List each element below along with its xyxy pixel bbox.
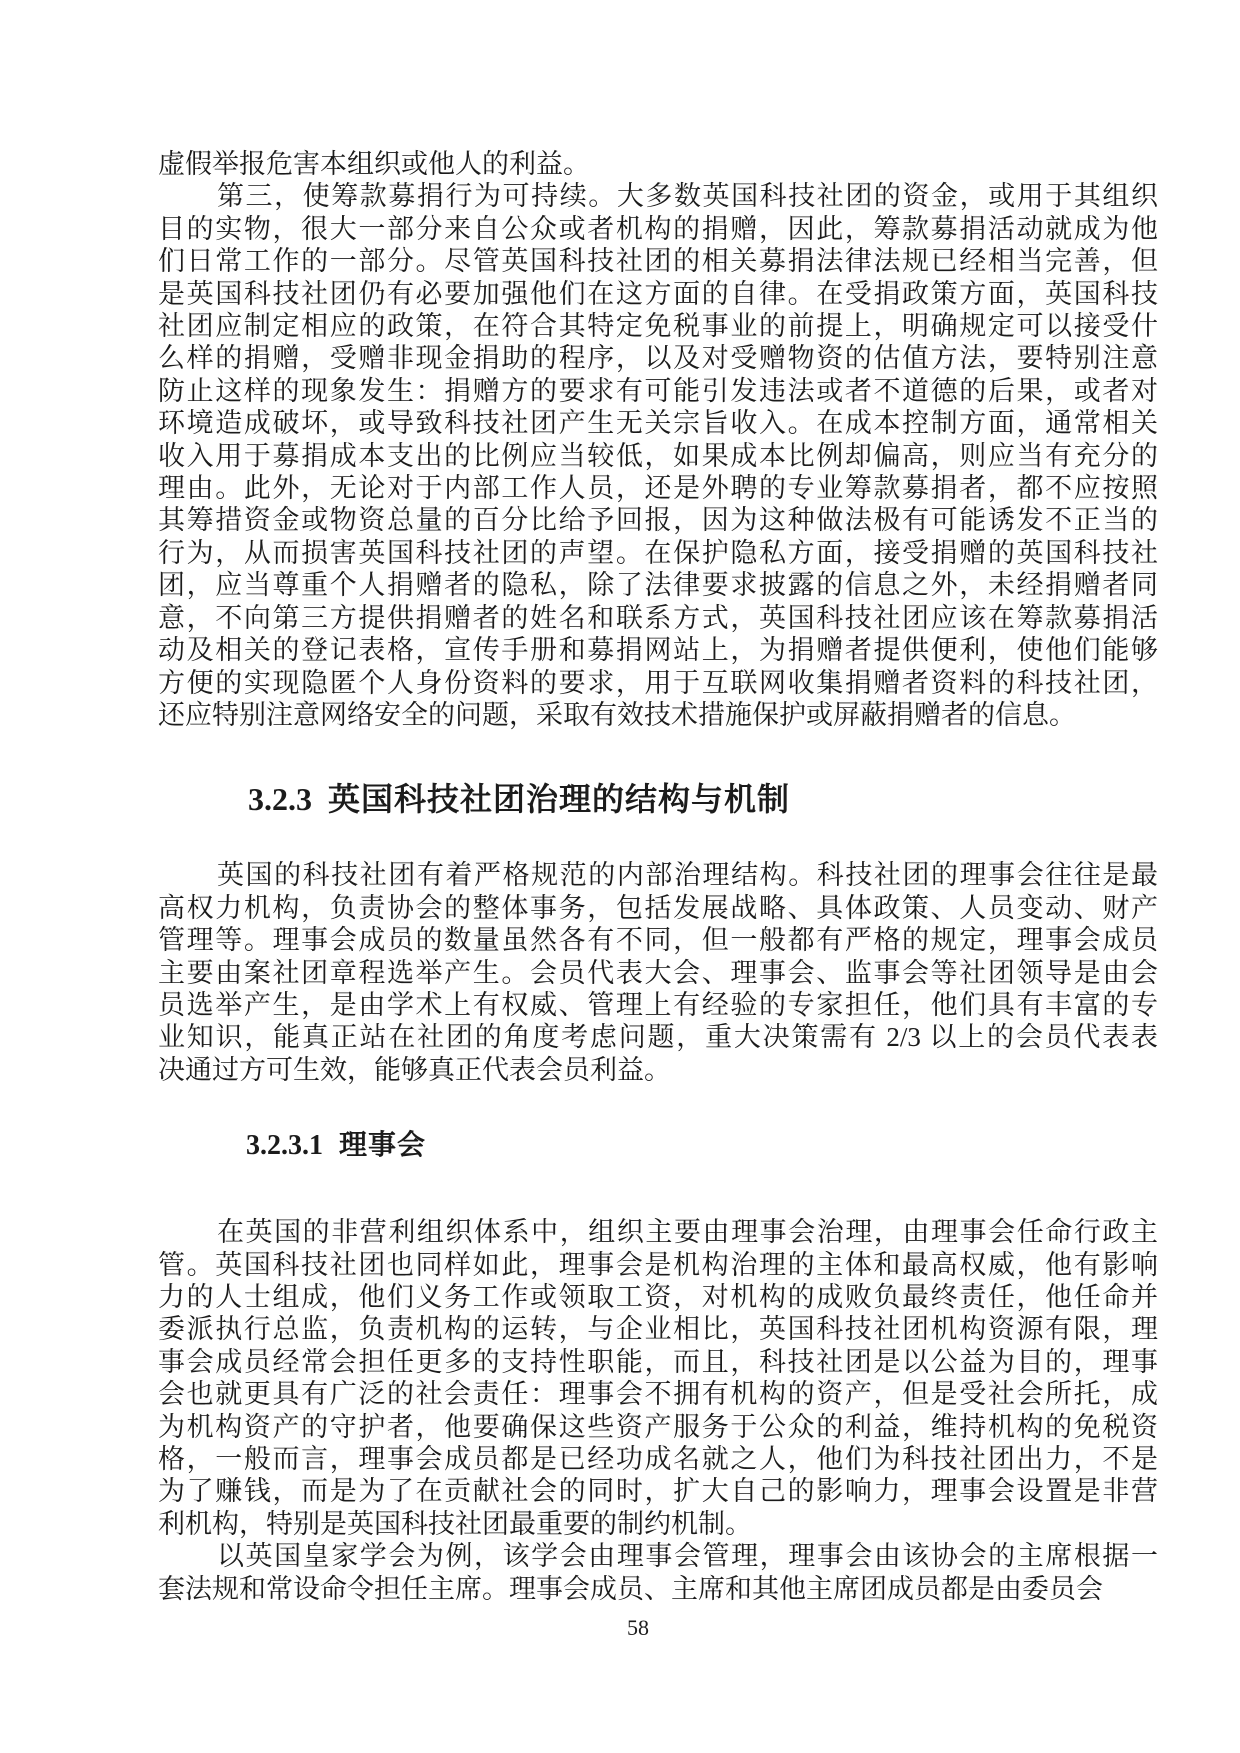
text-line: 英国的科技社团有着严格规范的内部治理结构。科技社团的理事会往往是最: [158, 859, 1158, 891]
paragraph: 在英国的非营利组织体系中，组织主要由理事会治理，由理事会任命行政主管。英国科技社…: [158, 1216, 1158, 1540]
paragraph: 第三，使筹款募捐行为可持续。大多数英国科技社团的资金，或用于其组织目的实物，很大…: [158, 180, 1158, 731]
section-heading: 3.2.3英国科技社团治理的结构与机制: [248, 779, 1158, 819]
text-line: 方便的实现隐匿个人身份资料的要求，用于互联网收集捐赠者资料的科技社团，: [158, 667, 1158, 699]
text-line: 为了赚钱，而是为了在贡献社会的同时，扩大自己的影响力，理事会设置是非营: [158, 1475, 1158, 1507]
text-line: 管理等。理事会成员的数量虽然各有不同，但一般都有严格的规定，理事会成员: [158, 924, 1158, 956]
text-line: 环境造成破坏，或导致科技社团产生无关宗旨收入。在成本控制方面，通常相关: [158, 407, 1158, 439]
text-line: 在英国的非营利组织体系中，组织主要由理事会治理，由理事会任命行政主: [158, 1216, 1158, 1248]
heading-title: 英国科技社团治理的结构与机制: [328, 781, 790, 817]
text-line: 社团应制定相应的政策，在符合其特定免税事业的前提上，明确规定可以接受什: [158, 310, 1158, 342]
text-line: 是英国科技社团仍有必要加强他们在这方面的自律。在受捐政策方面，英国科技: [158, 278, 1158, 310]
text-line: 委派执行总监，负责机构的运转，与企业相比，英国科技社团机构资源有限，理: [158, 1313, 1158, 1345]
text-line: 以英国皇家学会为例，该学会由理事会管理，理事会由该协会的主席根据一: [158, 1540, 1158, 1572]
text-line: 套法规和常设命令担任主席。理事会成员、主席和其他主席团成员都是由委员会: [158, 1573, 1158, 1605]
text-line: 收入用于募捐成本支出的比例应当较低，如果成本比例却偏高，则应当有充分的: [158, 440, 1158, 472]
text-line: 利机构，特别是英国科技社团最重要的制约机制。: [158, 1508, 1158, 1540]
heading-number: 3.2.3.1: [246, 1130, 323, 1161]
text-line: 么样的捐赠，受赠非现金捐助的程序，以及对受赠物资的估值方法，要特别注意: [158, 342, 1158, 374]
text-line: 虚假举报危害本组织或他人的利益。: [158, 148, 1158, 180]
text-line: 行为，从而损害英国科技社团的声望。在保护隐私方面，接受捐赠的英国科技社: [158, 537, 1158, 569]
scanned-document: { "page": { "number": "58" }, "document"…: [0, 0, 1240, 1753]
text-line: 目的实物，很大一部分来自公众或者机构的捐赠，因此，筹款募捐活动就成为他: [158, 213, 1158, 245]
text-line: 为机构资产的守护者，他要确保这些资产服务于公众的利益，维持机构的免税资: [158, 1411, 1158, 1443]
text-content: 虚假举报危害本组织或他人的利益。第三，使筹款募捐行为可持续。大多数英国科技社团的…: [158, 148, 1158, 1643]
text-line: 高权力机构，负责协会的整体事务，包括发展战略、具体政策、人员变动、财产: [158, 892, 1158, 924]
text-line: 力的人士组成，他们义务工作或领取工资，对机构的成败负最终责任，他任命并: [158, 1281, 1158, 1313]
text-line: 会也就更具有广泛的社会责任：理事会不拥有机构的资产，但是受社会所托，成: [158, 1378, 1158, 1410]
text-line: 业知识，能真正站在社团的角度考虑问题，重大决策需有 2/3 以上的会员代表表: [158, 1021, 1158, 1053]
heading-title: 理事会: [339, 1130, 426, 1161]
text-line: 员选举产生，是由学术上有权威、管理上有经验的专家担任，他们具有丰富的专: [158, 989, 1158, 1021]
text-line: 主要由案社团章程选举产生。会员代表大会、理事会、监事会等社团领导是由会: [158, 957, 1158, 989]
text-line: 们日常工作的一部分。尽管英国科技社团的相关募捐法律法规已经相当完善，但: [158, 245, 1158, 277]
text-line: 第三，使筹款募捐行为可持续。大多数英国科技社团的资金，或用于其组织: [158, 180, 1158, 212]
text-line: 管。英国科技社团也同样如此，理事会是机构治理的主体和最高权威，他有影响: [158, 1249, 1158, 1281]
heading-number: 3.2.3: [248, 781, 312, 817]
document-page: 虚假举报危害本组织或他人的利益。第三，使筹款募捐行为可持续。大多数英国科技社团的…: [0, 0, 1240, 1753]
text-line: 防止这样的现象发生：捐赠方的要求有可能引发违法或者不道德的后果，或者对: [158, 375, 1158, 407]
text-line: 其筹措资金或物资总量的百分比给予回报，因为这种做法极有可能诱发不正当的: [158, 504, 1158, 536]
paragraph: 以英国皇家学会为例，该学会由理事会管理，理事会由该协会的主席根据一套法规和常设命…: [158, 1540, 1158, 1605]
subsection-heading: 3.2.3.1理事会: [246, 1128, 1158, 1164]
page-number: 58: [158, 1613, 1158, 1643]
text-line: 理由。此外，无论对于内部工作人员，还是外聘的专业筹款募捐者，都不应按照: [158, 472, 1158, 504]
text-line: 事会成员经常会担任更多的支持性职能，而且，科技社团是以公益为目的，理事: [158, 1346, 1158, 1378]
text-line: 动及相关的登记表格，宣传手册和募捐网站上，为捐赠者提供便利，使他们能够: [158, 634, 1158, 666]
text-line: 团，应当尊重个人捐赠者的隐私，除了法律要求披露的信息之外，未经捐赠者同: [158, 569, 1158, 601]
text-line: 还应特别注意网络安全的问题，采取有效技术措施保护或屏蔽捐赠者的信息。: [158, 699, 1158, 731]
paragraph: 英国的科技社团有着严格规范的内部治理结构。科技社团的理事会往往是最高权力机构，负…: [158, 859, 1158, 1086]
text-line: 格，一般而言，理事会成员都是已经功成名就之人，他们为科技社团出力，不是: [158, 1443, 1158, 1475]
text-line: 决通过方可生效，能够真正代表会员利益。: [158, 1054, 1158, 1086]
paragraph: 虚假举报危害本组织或他人的利益。: [158, 148, 1158, 180]
text-line: 意，不向第三方提供捐赠者的姓名和联系方式，英国科技社团应该在筹款募捐活: [158, 602, 1158, 634]
